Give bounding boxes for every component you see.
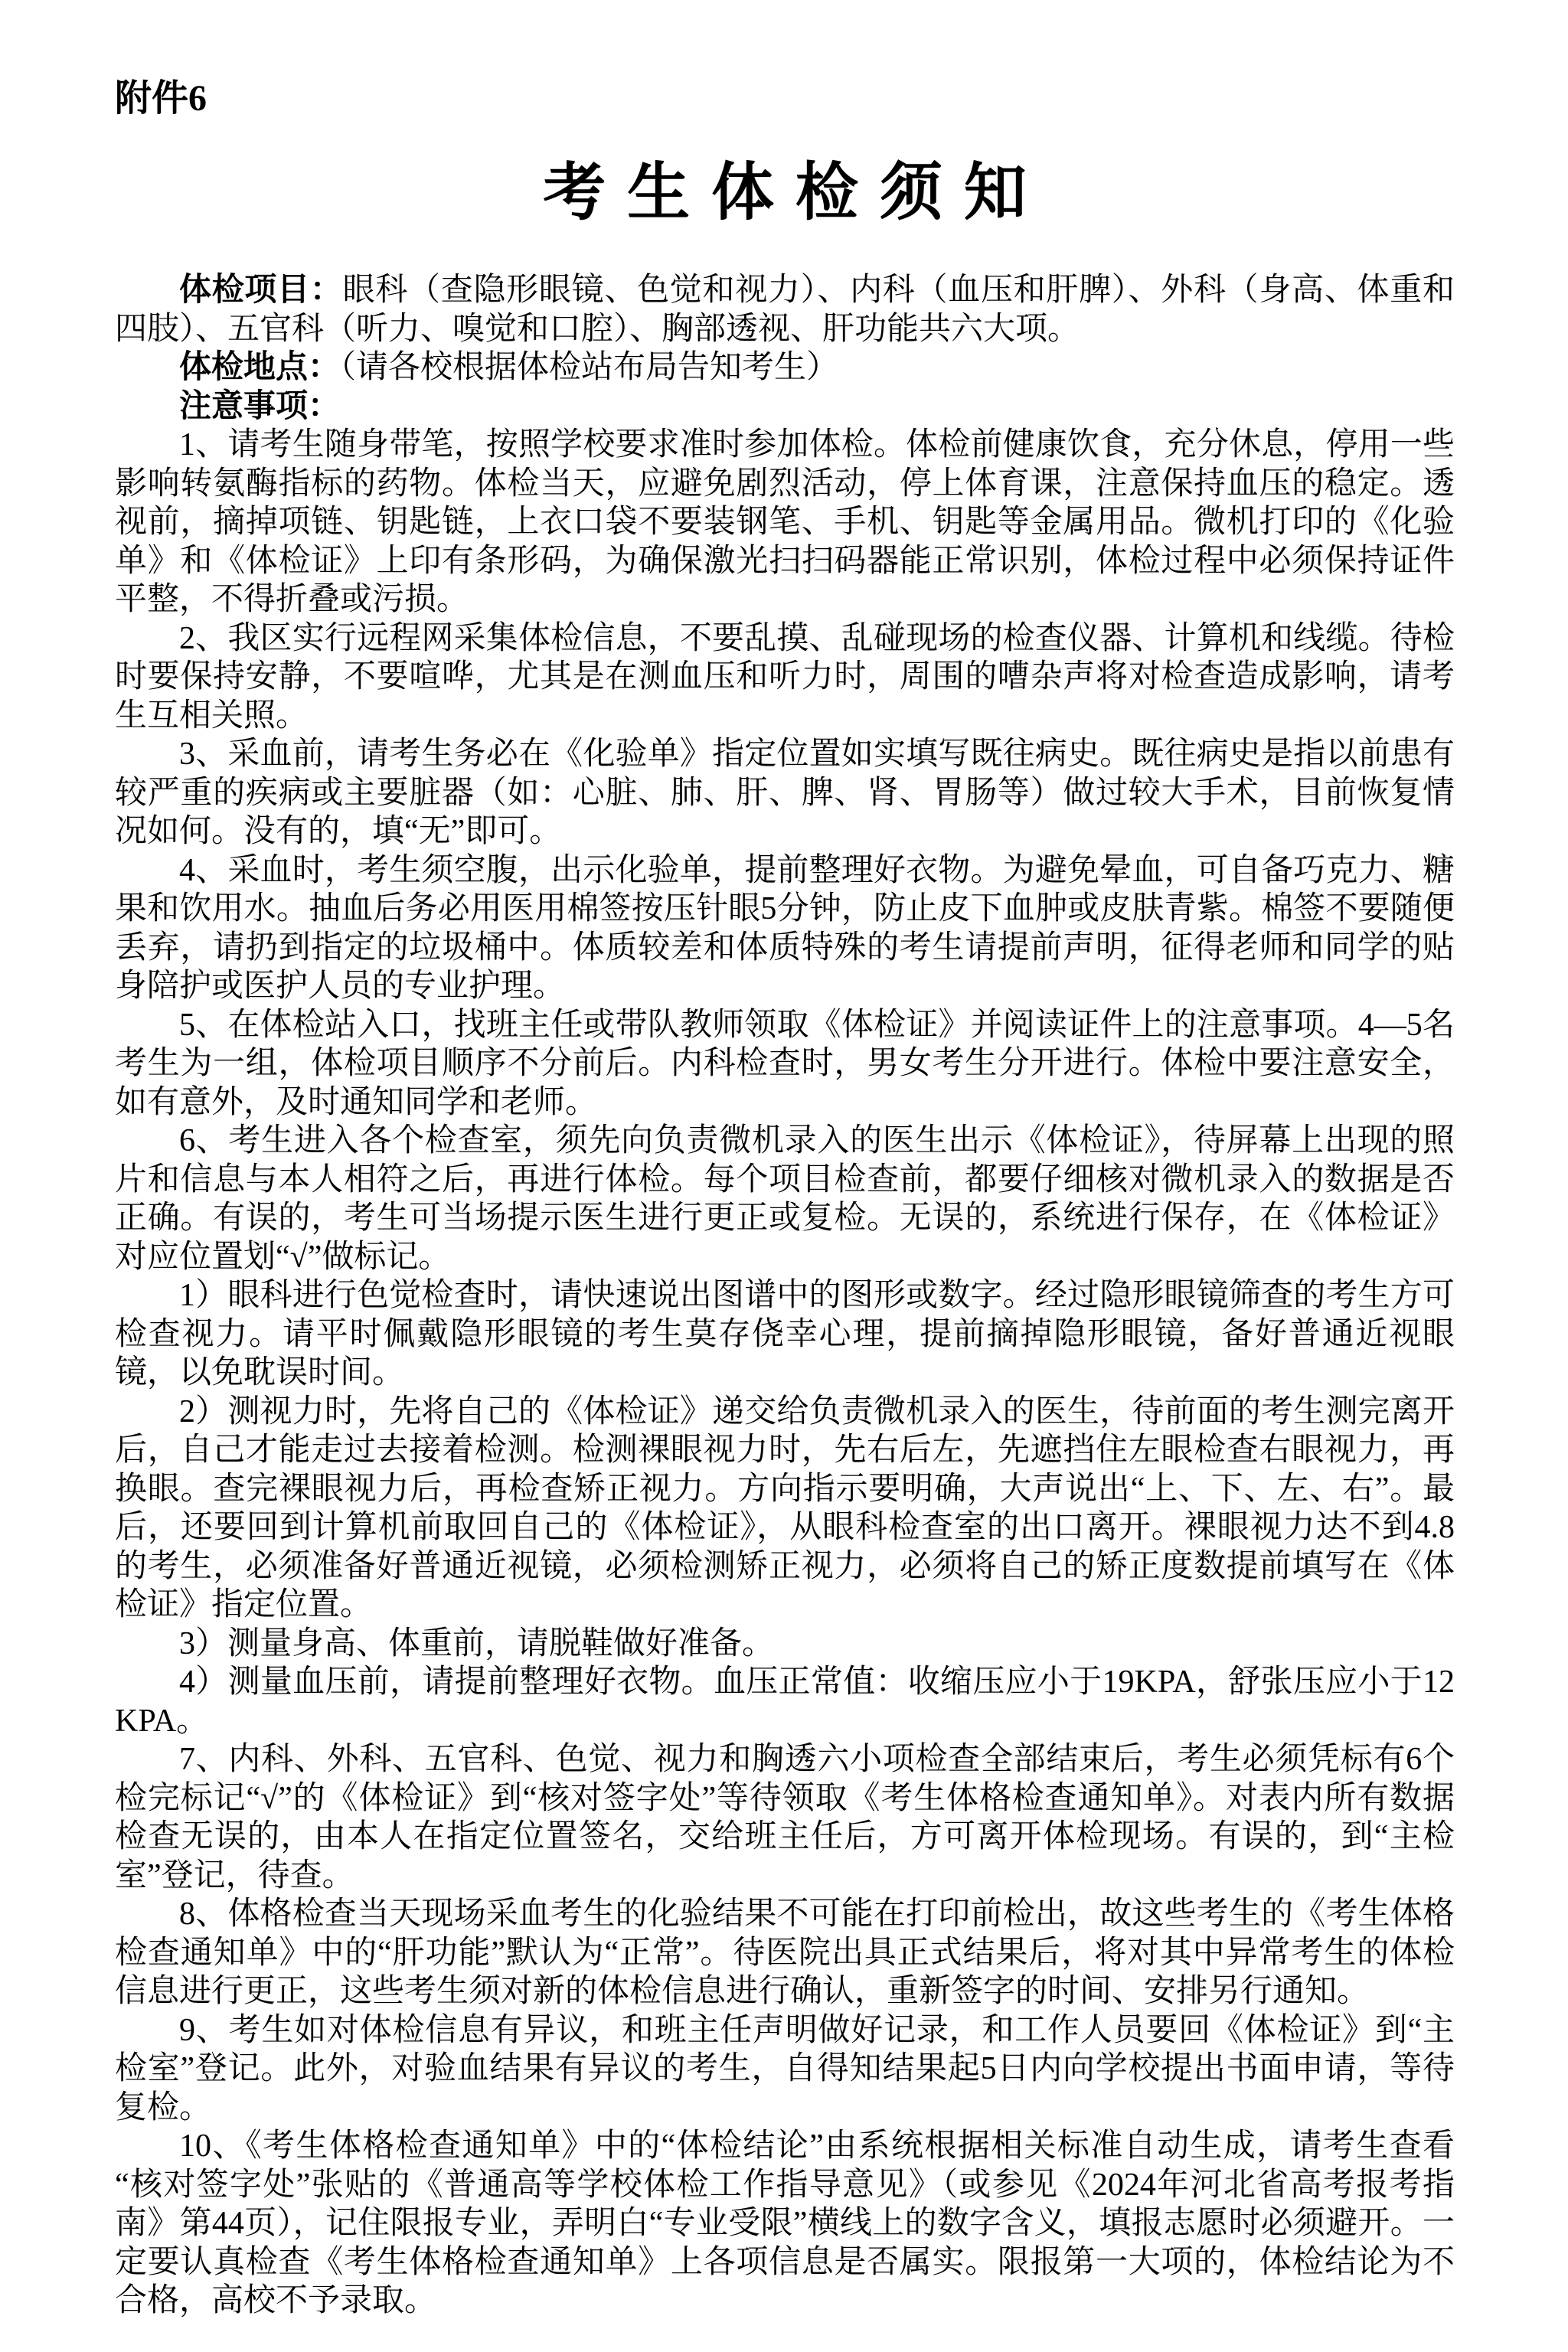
paragraph: 8、体格检查当天现场采血考生的化验结果不可能在打印前检出，故这些考生的《考生体格…: [115, 1895, 1455, 2011]
paragraph: 1）眼科进行色觉检查时，请快速说出图谱中的图形或数字。经过隐形眼镜筛查的考生方可…: [115, 1276, 1455, 1393]
paragraph: 2）测视力时，先将自己的《体检证》递交给负责微机录入的医生，待前面的考生测完离开…: [115, 1393, 1455, 1625]
attachment-label: 附件6: [115, 77, 1455, 121]
paragraph: 注意事项：: [115, 387, 1455, 426]
paragraph: 9、考生如对体检信息有异议，和班主任声明做好记录，和工作人员要回《体检证》到“主…: [115, 2011, 1455, 2128]
notice-paragraphs: 体检项目：眼科（查隐形眼镜、色觉和视力）、内科（血压和肝脾）、外科（身高、体重和…: [115, 271, 1455, 2321]
paragraph: 4）测量血压前，请提前整理好衣物。血压正常值：收缩压应小于19KPA，舒张压应小…: [115, 1663, 1455, 1740]
paragraph: 4、采血时，考生须空腹，出示化验单，提前整理好衣物。为避免晕血，可自备巧克力、糖…: [115, 851, 1455, 1006]
paragraph-lead: 体检项目：: [179, 273, 343, 308]
paragraph: 体检地点：（请各校根据体检站布局告知考生）: [115, 348, 1455, 387]
paragraph: 1、请考生随身带笔，按照学校要求准时参加体检。体检前健康饮食，充分休息，停用一些…: [115, 426, 1455, 619]
paragraph: 体检项目：眼科（查隐形眼镜、色觉和视力）、内科（血压和肝脾）、外科（身高、体重和…: [115, 271, 1455, 348]
paragraph: 6、考生进入各个检查室，须先向负责微机录入的医生出示《体检证》，待屏幕上出现的照…: [115, 1122, 1455, 1276]
paragraph-lead: 体检地点：: [179, 350, 340, 385]
document-page: 附件6 考生体检须知 体检项目：眼科（查隐形眼镜、色觉和视力）、内科（血压和肝脾…: [0, 0, 1568, 2352]
paragraph: 7、内科、外科、五官科、色觉、视力和胸透六小项检查全部结束后，考生必须凭标有6个…: [115, 1740, 1455, 1895]
paragraph-lead: 注意事项：: [179, 389, 340, 424]
page-title: 考生体检须知: [115, 155, 1476, 231]
paragraph: 2、我区实行远程网采集体检信息，不要乱摸、乱碰现场的检查仪器、计算机和线缆。待检…: [115, 619, 1455, 736]
paragraph: 3）测量身高、体重前，请脱鞋做好准备。: [115, 1625, 1455, 1664]
paragraph: 3、采血前，请考生务必在《化验单》指定位置如实填写既往病史。既往病史是指以前患有…: [115, 735, 1455, 851]
paragraph: 10、《考生体格检查通知单》中的“体检结论”由系统根据相关标准自动生成，请考生查…: [115, 2127, 1455, 2321]
paragraph: 5、在体检站入口，找班主任或带队教师领取《体检证》并阅读证件上的注意事项。4—5…: [115, 1006, 1455, 1122]
